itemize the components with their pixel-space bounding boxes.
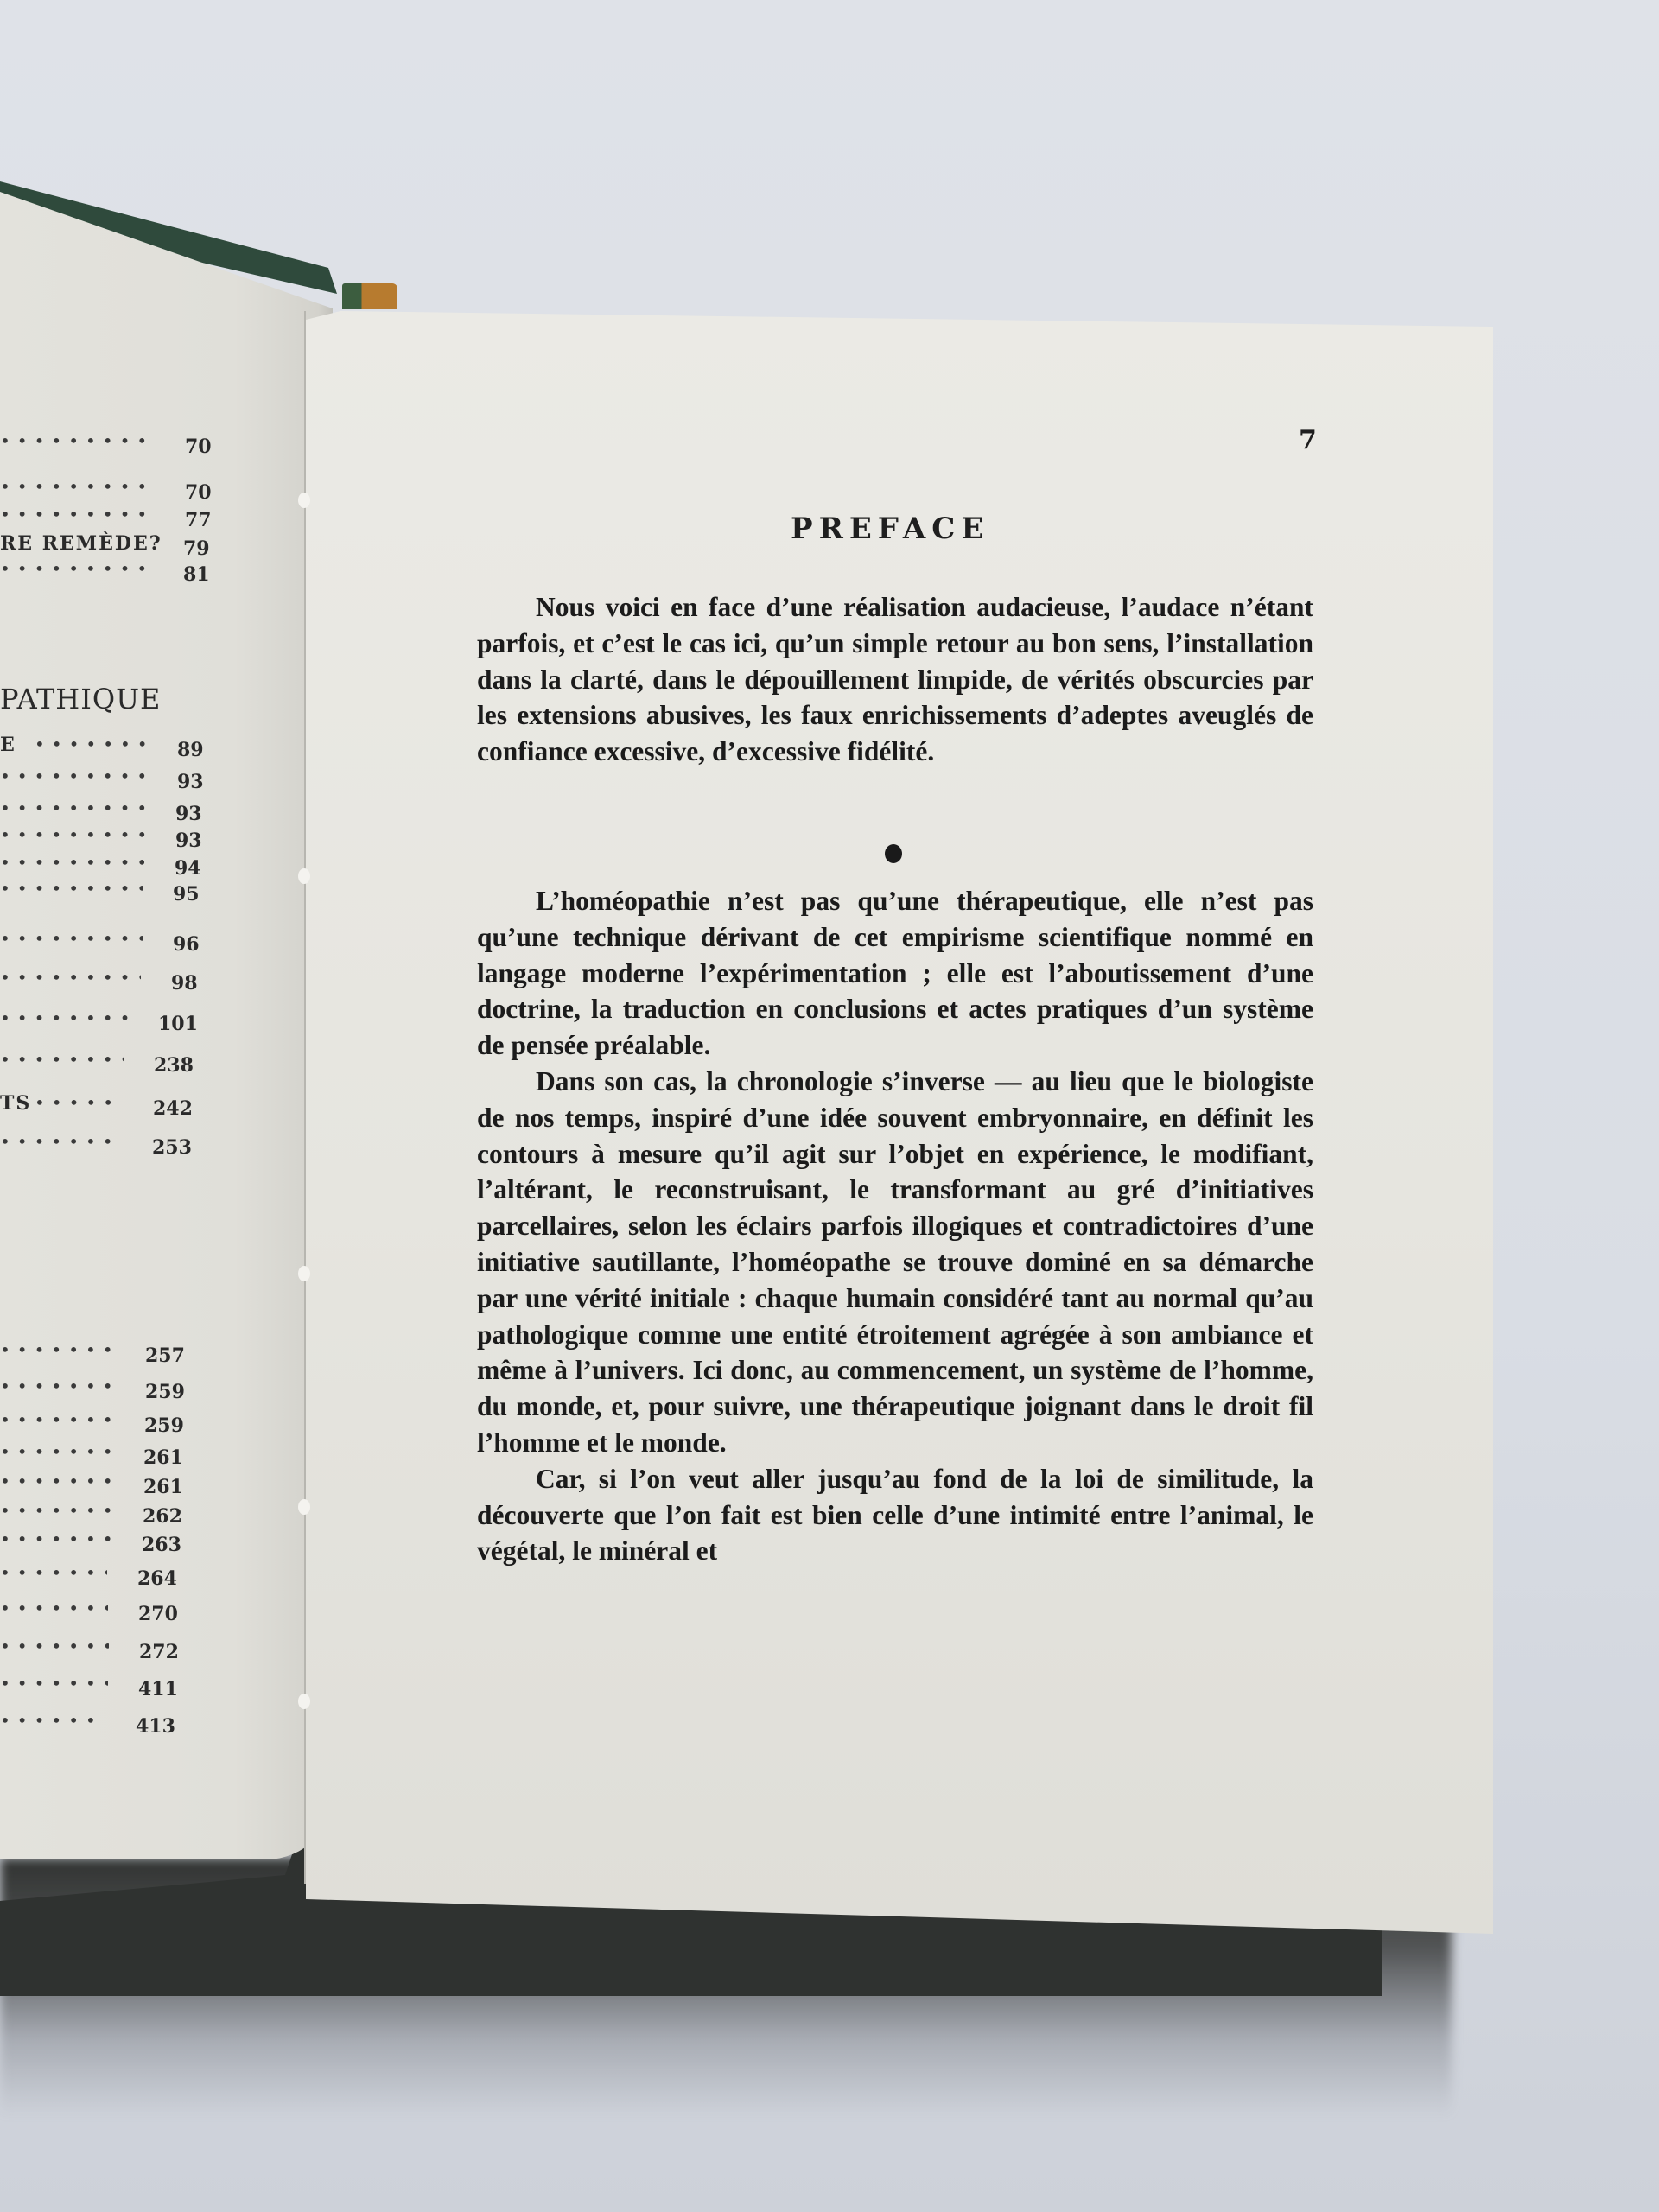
preface-intro: Nous voici en face d’une réalisation aud…	[477, 589, 1313, 770]
stitch-mark	[298, 1694, 310, 1709]
left-page: 70••••••••••••••••70••••••••••••••••77••…	[0, 192, 335, 1859]
toc-page-number: 264	[137, 1567, 177, 1590]
toc-leader-dots: ••••••••••••••••	[0, 1636, 109, 1656]
toc-page-number: 95	[173, 883, 200, 906]
book-headband	[342, 283, 397, 309]
bullet-ornament-icon	[885, 844, 902, 863]
toc-page-number: 77	[185, 509, 212, 531]
toc-page-number: 70	[185, 435, 212, 458]
toc-leader-dots: ••••••••••••••••	[0, 1376, 115, 1396]
toc-page-number: 261	[143, 1446, 183, 1469]
toc-leader-dots: ••••••••••••••••	[0, 798, 145, 818]
toc-section-heading: PATHIQUE	[0, 683, 161, 715]
paragraph: L’homéopathie n’est pas qu’une thérapeut…	[477, 883, 1313, 1064]
toc-leader-dots: ••••••••••••••••	[0, 1529, 111, 1549]
paragraph: Nous voici en face d’une réalisation aud…	[477, 589, 1313, 770]
toc-leader-dots: ••••••••••••••••	[0, 1471, 113, 1491]
toc-entry-label: E	[0, 734, 16, 756]
toc-leader-dots: ••••••••••••••••	[0, 430, 155, 451]
toc-leader-dots: ••••••••••••••••	[0, 878, 143, 899]
toc-page-number: 257	[145, 1344, 185, 1367]
toc-page-number: 253	[152, 1136, 192, 1159]
toc-page-number: 413	[136, 1715, 175, 1738]
toc-leader-dots: ••••••••••••••••	[0, 1598, 108, 1618]
toc-page-number: 93	[177, 771, 204, 793]
toc-leader-dots: ••••••••••••••••	[0, 1409, 114, 1430]
toc-page-number: 261	[143, 1476, 183, 1498]
toc-page-number: 93	[175, 803, 202, 825]
toc-page-number: 89	[177, 739, 204, 761]
toc-leader-dots: ••••••••••••••••	[35, 734, 147, 754]
toc-leader-dots: ••••••••••••••••	[0, 1131, 122, 1152]
toc-leader-dots: ••••••••••••••••	[0, 1441, 113, 1462]
toc-page-number: 259	[144, 1414, 184, 1437]
stitch-mark	[298, 868, 310, 884]
toc-leader-dots: ••••••••••••••••	[0, 824, 145, 845]
toc-leader-dots: ••••••••••••••••	[0, 928, 143, 949]
toc-page-number: 81	[183, 563, 210, 586]
toc-page-number: 101	[158, 1013, 198, 1035]
toc-leader-dots: ••••••••••••••••	[0, 1339, 115, 1360]
preface-body: L’homéopathie n’est pas qu’une thérapeut…	[477, 883, 1313, 1569]
toc-page-number: 263	[142, 1534, 181, 1556]
toc-page-number: 70	[185, 481, 212, 504]
stitch-mark	[298, 1266, 310, 1281]
toc-page-number: 262	[143, 1505, 182, 1528]
toc-page-number: 238	[154, 1054, 194, 1077]
toc-leader-dots: ••••••••••••••••	[0, 476, 155, 497]
toc-leader-dots: ••••••••••••••••	[0, 852, 144, 873]
toc-entry-label: RE REMÈDE?	[0, 532, 162, 555]
toc-page-number: 272	[139, 1641, 179, 1663]
toc-leader-dots: ••••••••••••••••	[0, 1562, 107, 1583]
page-title: PREFACE	[791, 512, 989, 546]
paragraph: Dans son cas, la chronologie s’inverse —…	[477, 1064, 1313, 1461]
toc-leader-dots: ••••••••••••••••	[0, 558, 153, 579]
toc-page-number: 96	[173, 933, 200, 956]
page-number: 7	[1299, 425, 1317, 455]
paragraph: Car, si l’on veut aller jusqu’au fond de…	[477, 1461, 1313, 1569]
toc-page-number: 79	[183, 537, 210, 560]
toc-page-number: 98	[171, 972, 198, 995]
toc-leader-dots: ••••••••••••••••	[0, 1710, 105, 1731]
toc-page-number: 94	[175, 857, 201, 880]
toc-page-number: 93	[175, 829, 202, 852]
stitch-mark	[298, 493, 310, 508]
toc-leader-dots: ••••••••••••••••	[0, 1500, 112, 1521]
toc-leader-dots: ••••••••••••••••	[0, 967, 141, 988]
toc-leader-dots: ••••••••••••••••	[0, 504, 155, 524]
toc-page-number: 411	[138, 1678, 178, 1700]
toc-leader-dots: ••••••••••••••••	[0, 1007, 128, 1028]
toc-leader-dots: ••••••••••••••••	[0, 1049, 124, 1070]
toc-page-number: 242	[153, 1097, 193, 1120]
toc-leader-dots: ••••••••••••••••	[35, 1092, 123, 1113]
stitch-mark	[298, 1499, 310, 1515]
toc-page-number: 259	[145, 1381, 185, 1403]
toc-page-number: 270	[138, 1603, 178, 1625]
toc-entry-label: TS	[0, 1092, 31, 1115]
gutter	[304, 311, 306, 1884]
toc-leader-dots: ••••••••••••••••	[0, 1673, 108, 1694]
toc-leader-dots: ••••••••••••••••	[0, 766, 147, 786]
